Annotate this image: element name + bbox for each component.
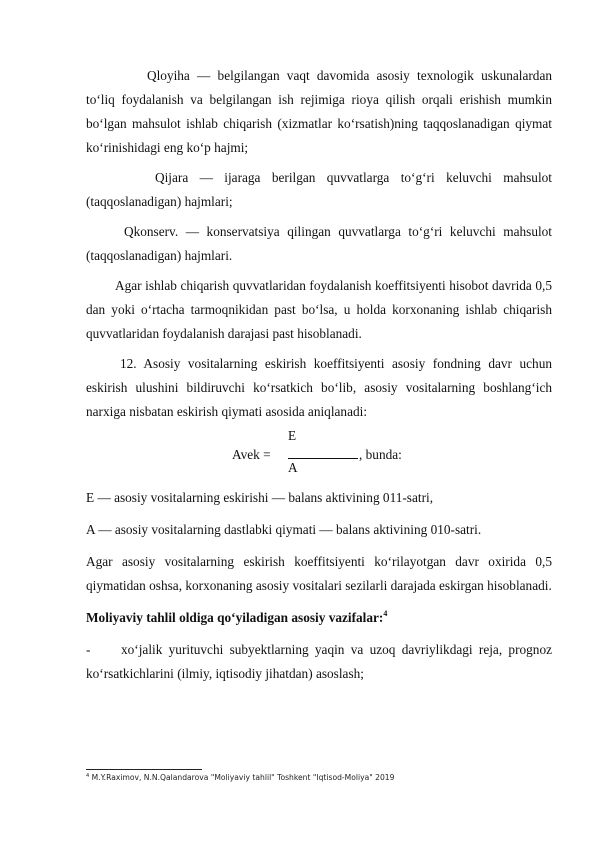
formula-lhs: Avek = [232, 443, 271, 467]
paragraph-qloyiha: Qloyiha — belgilangan vaqt davomida asos… [86, 64, 552, 160]
footnote-text: M.Y.Raximov, N.N.Qalandarova "Moliyaviy … [89, 773, 394, 782]
formula-tail: , bunda: [359, 443, 402, 467]
section-heading: Moliyaviy tahlil oldiga qo‘yiladigan aso… [86, 606, 552, 630]
paragraph-qijara: Qijara — ijaraga berilgan quvvatlarga to… [86, 166, 552, 214]
paragraph-capacity-utilization: Agar ishlab chiqarish quvvatlaridan foyd… [86, 274, 552, 346]
footnote: 4 M.Y.Raximov, N.N.Qalandarova "Moliyavi… [86, 773, 394, 782]
formula-numerator: E [288, 424, 296, 448]
document-page: Qloyiha — belgilangan vaqt davomida asos… [86, 64, 552, 686]
depreciation-formula: Avek = E A , bunda: [86, 426, 552, 484]
definition-a: A — asosiy vositalarning dastlabki qiyma… [86, 518, 552, 542]
definition-e: E — asosiy vositalarning eskirishi — bal… [86, 486, 552, 510]
bullet-marker: - [86, 638, 121, 662]
list-item: -xo‘jalik yurituvchi subyektlarning yaqi… [86, 638, 552, 686]
paragraph-depreciation-threshold: Agar asosiy vositalarning eskirish koeff… [86, 550, 552, 598]
fraction-bar [288, 458, 358, 459]
footnote-reference[interactable]: 4 [383, 609, 387, 618]
paragraph-item-12: 12. Asosiy vositalarning eskirish koeffi… [86, 352, 552, 424]
footnote-separator [86, 769, 202, 770]
section-heading-text: Moliyaviy tahlil oldiga qo‘yiladigan aso… [86, 610, 383, 625]
paragraph-qkonserv: Qkonserv. — konservatsiya qilingan quvva… [86, 220, 552, 268]
list-item-text: xo‘jalik yurituvchi subyektlarning yaqin… [86, 642, 552, 681]
formula-denominator: A [288, 456, 298, 480]
